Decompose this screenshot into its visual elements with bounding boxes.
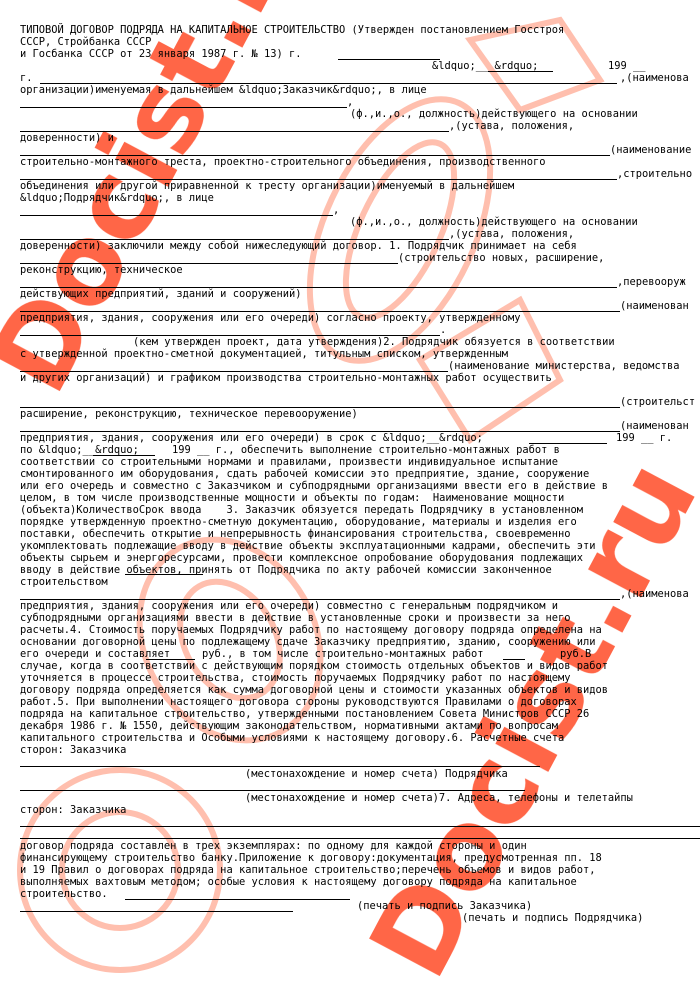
text-line: доверенности) заключили между собой ниже…	[20, 240, 577, 252]
text-line: (местонахождение и номер счета)7. Адреса…	[245, 792, 633, 804]
text-line: уточняется в процессе строительства, сто…	[20, 672, 571, 684]
text-line: объекты сырьем и энергоресурсами, провес…	[20, 552, 583, 564]
fill-in-blank[interactable]	[20, 431, 620, 432]
text-line: с утвержденной проектно-сметной документ…	[20, 348, 508, 360]
text-line: капитального строительства и Особыми усл…	[20, 732, 564, 744]
contract-document: Docist.ru Docist.ru ТИПОВОЙ ДОГОВОР ПОДР…	[0, 0, 700, 1000]
text-line: договор подряда составлен в трех экземпл…	[20, 840, 527, 852]
text-line: и 19 Правил о договорах подряда на капит…	[20, 864, 596, 876]
text-line: действующих предприятий, зданий и сооруж…	[20, 288, 302, 300]
text-line: сторон: Заказчика	[20, 804, 126, 816]
text-line: вводу в действие объектов, принять от По…	[20, 564, 552, 576]
text-line: 199 __	[608, 60, 646, 72]
text-line: СССР, Стройбанка СССР	[20, 36, 151, 48]
text-line: (наименование	[610, 144, 691, 156]
text-line: финансирующему строительство банку.Прило…	[20, 852, 602, 864]
fill-in-blank[interactable]	[338, 59, 440, 60]
text-line: расчеты.4. Стоимость поручаемых Подрядчи…	[20, 624, 602, 636]
text-line: (строительст	[620, 396, 695, 408]
text-line: строительство.	[20, 888, 108, 900]
fill-in-blank[interactable]	[20, 155, 610, 156]
text-line: ,(наименова	[620, 72, 689, 84]
text-line: и других организаций) и графиком произво…	[20, 372, 552, 384]
text-line: или его очередь и совместно с Заказчиком…	[20, 480, 608, 492]
text-line: расширение, реконструкцию, техническое п…	[20, 408, 358, 420]
text-line: ,(устава, положения,	[449, 228, 574, 240]
fill-in-blank[interactable]	[20, 826, 700, 827]
text-line: смонтированного им оборудования, сдать р…	[20, 468, 589, 480]
fill-in-blank[interactable]	[488, 71, 553, 72]
text-line: выполняемых вахтовым методом; особые усл…	[20, 876, 577, 888]
text-line: целом, в том числе производственные мощн…	[20, 492, 564, 504]
text-line: (ф.,и.,о., должность)действующего на осн…	[350, 216, 638, 228]
text-line: работ.5. При выполнении настоящего догов…	[20, 696, 577, 708]
fill-in-blank[interactable]	[125, 899, 350, 900]
text-line: договору подряда определяется как сумма …	[20, 684, 608, 696]
fill-in-blank[interactable]	[20, 407, 620, 408]
text-line: (печать и подпись Заказчика)	[357, 900, 532, 912]
text-line: и Госбанка СССР от 23 января 1987 г. № 1…	[20, 48, 302, 60]
text-line: субподрядными организациями ввести в дей…	[20, 612, 571, 624]
fill-in-blank[interactable]	[20, 263, 398, 264]
text-line: (местонахождение и номер счета) Подрядчи…	[245, 768, 508, 780]
text-line: предприятия, здания, сооружения или его …	[20, 600, 558, 612]
text-line: ,(устава, положения,	[449, 120, 574, 132]
text-line: (наименование министерства, ведомства	[448, 360, 679, 372]
text-line: предприятия, здания, сооружения или его …	[20, 312, 520, 324]
fill-in-blank[interactable]	[146, 659, 195, 660]
text-line: соответствии со строительными нормами и …	[20, 456, 558, 468]
text-line: (ф.,и.,о., должность)действующего на осн…	[350, 108, 638, 120]
text-line: (наименован	[620, 420, 689, 432]
text-line: (строительство новых, расширение,	[398, 252, 604, 264]
text-line: &ldquo;Подрядчик&rdquo;, в лице	[20, 192, 214, 204]
text-line: реконструкцию, техническое	[20, 264, 183, 276]
fill-in-blank[interactable]	[20, 131, 449, 132]
fill-in-blank[interactable]	[20, 107, 347, 108]
text-line: ,	[347, 96, 353, 108]
text-line: руб.В	[560, 648, 591, 660]
fill-in-blank[interactable]	[20, 311, 620, 312]
text-line: (кем утвержден проект, дата утверждения)…	[133, 336, 615, 348]
text-line: ,перевооруж	[617, 276, 686, 288]
text-line: декабря 1986 г. № 1550, действующим зако…	[20, 720, 558, 732]
text-line: порядке утвержденную проектно-сметную до…	[20, 516, 577, 528]
fill-in-blank[interactable]	[93, 455, 155, 456]
fill-in-blank[interactable]	[20, 911, 293, 912]
text-line: г.	[20, 72, 33, 84]
fill-in-blank[interactable]	[20, 239, 449, 240]
text-line: 199 __ г.	[616, 432, 672, 444]
text-line: ,	[333, 204, 339, 216]
text-line: (наименован	[620, 300, 689, 312]
fill-in-blank[interactable]	[20, 335, 440, 336]
text-line: (объекта)КоличествоСрок ввода 3. Заказчи…	[20, 504, 583, 516]
text-line: доверенности) и	[20, 132, 114, 144]
text-line: руб., в том числе строительно-монтажных …	[202, 648, 484, 660]
fill-in-blank[interactable]	[20, 766, 540, 767]
text-line: поставки, обеспечить открытие и непрерыв…	[20, 528, 571, 540]
text-line: объединения или другой приравненной к тр…	[20, 180, 514, 192]
text-line: ,(наименова	[620, 588, 689, 600]
text-line: сторон: Заказчика	[20, 744, 126, 756]
text-line: предприятия, здания, сооружения или его …	[20, 432, 483, 444]
text-line: строительством	[20, 576, 108, 588]
fill-in-blank[interactable]	[503, 659, 525, 660]
text-line: укомплектовать подлежащие вводу в действ…	[20, 540, 596, 552]
text-line: основании договорной цены по подлежащему…	[20, 636, 596, 648]
fill-in-blank[interactable]	[20, 790, 525, 791]
document-title: ТИПОВОЙ ДОГОВОР ПОДРЯДА НА КАПИТАЛЬНОЕ С…	[20, 24, 564, 36]
text-line: 199 __ г., обеспечить выполнение строите…	[172, 444, 560, 456]
fill-in-blank[interactable]	[20, 599, 620, 600]
fill-in-blank[interactable]	[529, 443, 607, 444]
fill-in-blank[interactable]	[40, 83, 617, 84]
text-line: (печать и подпись Подрядчика)	[462, 912, 643, 924]
fill-in-blank[interactable]	[20, 215, 333, 216]
fill-in-blank[interactable]	[20, 179, 617, 180]
text-line: ,строительно	[617, 168, 692, 180]
fill-in-blank[interactable]	[20, 838, 700, 839]
fill-in-blank[interactable]	[20, 371, 448, 372]
fill-in-blank[interactable]	[125, 574, 203, 575]
text-line: подряда на капитальное строительство, ут…	[20, 708, 589, 720]
text-line: организации)именуемая в дальнейшем &ldqu…	[20, 84, 427, 96]
text-line: строительно-монтажного треста, проектно-…	[20, 156, 545, 168]
text-line: случае, когда в соответствии с действующ…	[20, 660, 608, 672]
fill-in-blank[interactable]	[20, 287, 617, 288]
text-line: .	[440, 324, 446, 336]
